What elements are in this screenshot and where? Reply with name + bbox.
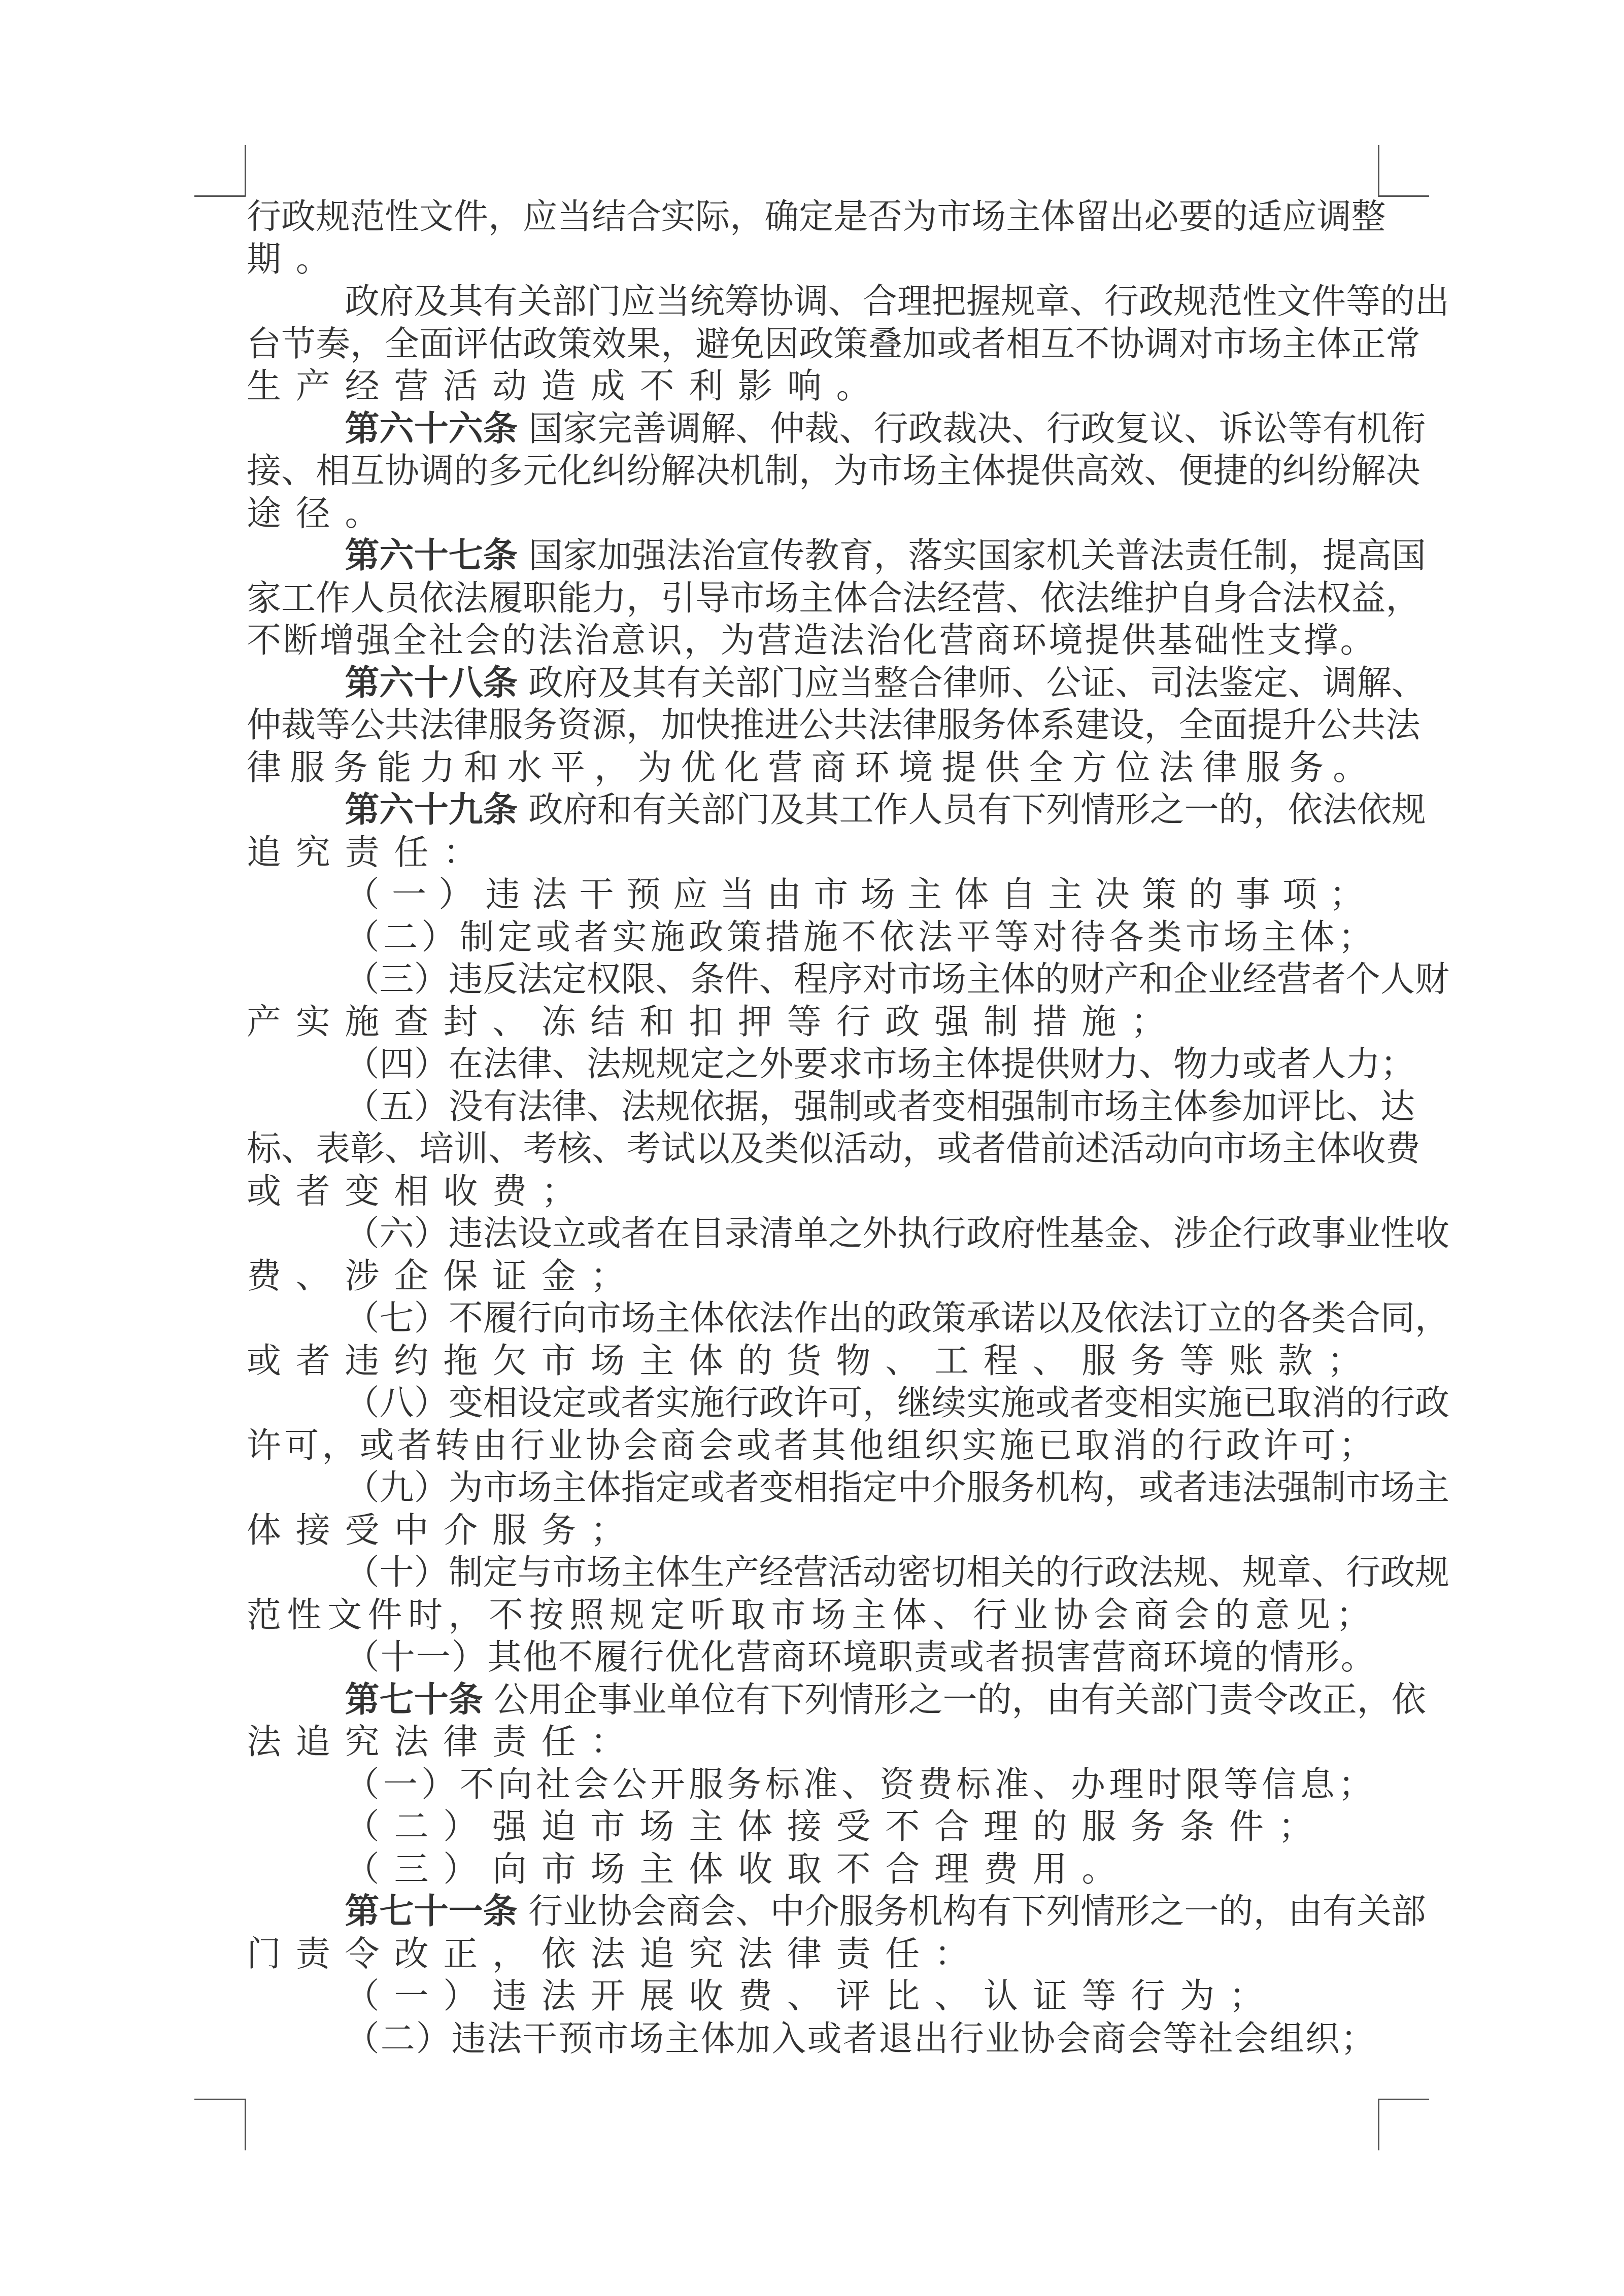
text-line: （十）制定与市场主体生产经营活动密切相关的行政法规、规章、行政规	[247, 1552, 1376, 1594]
text-line: 追究责任：	[247, 832, 1376, 874]
document-body: 行政规范性文件，应当结合实际，确定是否为市场主体留出必要的适应调整期。政府及其有…	[247, 196, 1376, 2060]
article-first-line: 第六十六条 国家完善调解、仲裁、行政裁决、行政复议、诉讼等有机衔	[247, 408, 1376, 451]
article-first-line: 第六十八条 政府及其有关部门应当整合律师、公证、司法鉴定、调解、	[247, 662, 1376, 705]
text-line: 家工作人员依法履职能力，引导市场主体合法经营、依法维护自身合法权益，	[247, 577, 1376, 620]
text-line: 门责令改正，依法追究法律责任：	[247, 1933, 1376, 1976]
text-line: 或者违约拖欠市场主体的货物、工程、服务等账款；	[247, 1340, 1376, 1383]
crop-mark-bottom-right-v	[1378, 2099, 1379, 2150]
text-line: 费、涉企保证金；	[247, 1255, 1376, 1298]
article-first-line: 第七十条 公用企事业单位有下列情形之一的，由有关部门责令改正，依	[247, 1679, 1376, 1722]
crop-mark-bottom-left-h	[194, 2099, 246, 2100]
crop-mark-top-left-v	[245, 145, 246, 196]
heading-gap	[518, 408, 529, 451]
text-line: （五）没有法律、法规依据，强制或者变相强制市场主体参加评比、达	[247, 1086, 1376, 1128]
text-line: 范性文件时，不按照规定听取市场主体、行业协会商会的意见；	[247, 1594, 1376, 1637]
text-line: 标、表彰、培训、考核、考试以及类似活动，或者借前述活动向市场主体收费	[247, 1128, 1376, 1171]
text-line: 政府及其有关部门应当统筹协调、合理把握规章、行政规范性文件等的出	[247, 281, 1376, 323]
text-line: 或者变相收费；	[247, 1171, 1376, 1213]
heading-gap	[518, 789, 529, 832]
text-line: （二）制定或者实施政策措施不依法平等对待各类市场主体；	[247, 916, 1376, 959]
text-line: 接、相互协调的多元化纠纷解决机制，为市场主体提供高效、便捷的纠纷解决	[247, 450, 1376, 493]
text-line: 产实施查封、冻结和扣押等行政强制措施；	[247, 1001, 1376, 1044]
document-page: 行政规范性文件，应当结合实际，确定是否为市场主体留出必要的适应调整期。政府及其有…	[0, 0, 1624, 2296]
text-line: （一）不向社会公开服务标准、资费标准、办理时限等信息；	[247, 1764, 1376, 1806]
crop-mark-bottom-left-v	[245, 2099, 246, 2150]
text-line: （九）为市场主体指定或者变相指定中介服务机构，或者违法强制市场主	[247, 1467, 1376, 1510]
text-line: 台节奏，全面评估政策效果，避免因政策叠加或者相互不协调对市场主体正常	[247, 323, 1376, 366]
text-line: （一）违法开展收费、评比、认证等行为；	[247, 1975, 1376, 2018]
text-line: （二）强迫市场主体接受不合理的服务条件；	[247, 1806, 1376, 1848]
text-line: （七）不履行向市场主体依法作出的政策承诺以及依法订立的各类合同，	[247, 1297, 1376, 1340]
text-line: 途径。	[247, 493, 1376, 535]
heading-gap	[518, 535, 529, 577]
text-line: 期。	[247, 238, 1376, 281]
crop-mark-top-right-v	[1378, 145, 1379, 196]
text-line: （十一）其他不履行优化营商环境职责或者损害营商环境的情形。	[247, 1636, 1376, 1679]
article-first-line: 第六十九条 政府和有关部门及其工作人员有下列情形之一的，依法依规	[247, 789, 1376, 832]
crop-mark-bottom-right-h	[1378, 2099, 1429, 2100]
text-line: 体接受中介服务；	[247, 1510, 1376, 1552]
heading-gap	[518, 1891, 529, 1933]
text-line: 行政规范性文件，应当结合实际，确定是否为市场主体留出必要的适应调整	[247, 196, 1376, 238]
text-line: 仲裁等公共法律服务资源，加快推进公共法律服务体系建设，全面提升公共法	[247, 704, 1376, 747]
text-line: 法追究法律责任：	[247, 1721, 1376, 1764]
text-line: （三）向市场主体收取不合理费用。	[247, 1848, 1376, 1891]
text-line: 生产经营活动造成不利影响。	[247, 365, 1376, 408]
crop-mark-top-left-h	[194, 195, 246, 197]
article-first-line: 第六十七条 国家加强法治宣传教育，落实国家机关普法责任制，提高国	[247, 535, 1376, 577]
text-line: 律服务能力和水平，为优化营商环境提供全方位法律服务。	[247, 747, 1376, 790]
text-line: （二）违法干预市场主体加入或者退出行业协会商会等社会组织；	[247, 2018, 1376, 2061]
text-line: （四）在法律、法规规定之外要求市场主体提供财力、物力或者人力；	[247, 1043, 1376, 1086]
heading-gap	[483, 1679, 494, 1722]
text-line: 不断增强全社会的法治意识，为营造法治化营商环境提供基础性支撑。	[247, 620, 1376, 662]
text-line: （八）变相设定或者实施行政许可，继续实施或者变相实施已取消的行政	[247, 1382, 1376, 1425]
text-line: 许可，或者转由行业协会商会或者其他组织实施已取消的行政许可；	[247, 1425, 1376, 1467]
text-line: （一）违法干预应当由市场主体自主决策的事项；	[247, 874, 1376, 916]
article-first-line: 第七十一条 行业协会商会、中介服务机构有下列情形之一的，由有关部	[247, 1891, 1376, 1933]
text-line: （六）违法设立或者在目录清单之外执行政府性基金、涉企行政事业性收	[247, 1213, 1376, 1255]
text-line: （三）违反法定权限、条件、程序对市场主体的财产和企业经营者个人财	[247, 958, 1376, 1001]
heading-gap	[518, 662, 529, 705]
